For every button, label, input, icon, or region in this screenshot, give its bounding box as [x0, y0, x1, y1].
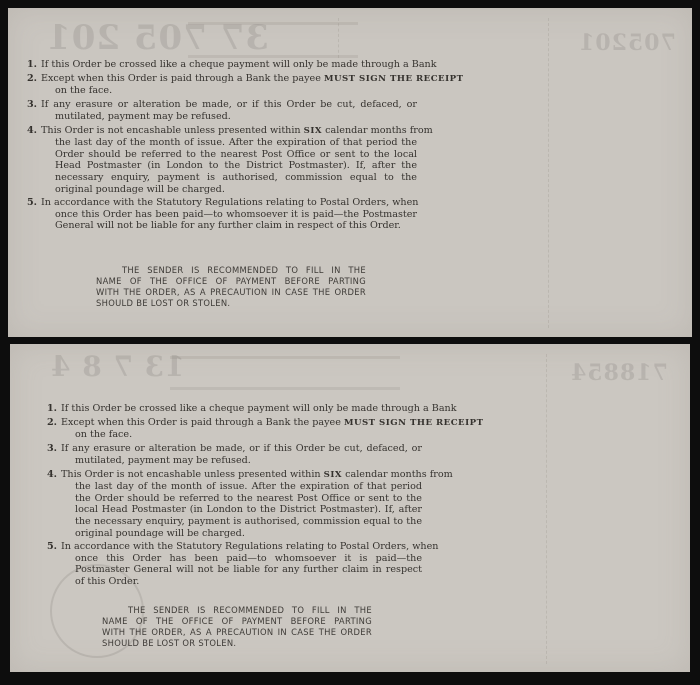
condition-item: 3. If any erasure or alteration be made,… — [27, 99, 417, 122]
condition-text: This Order is not encashable unless pres… — [41, 125, 417, 138]
notice-line: NAME OF THE OFFICE OF PAYMENT BEFORE PAR… — [102, 616, 372, 627]
condition-text: This Order is not encashable unless pres… — [61, 469, 422, 482]
condition-text-continued: mutilated, payment may be refused. — [75, 455, 422, 467]
condition-text-continued: mutilated, payment may be refused. — [55, 111, 417, 123]
perforation-line — [546, 354, 547, 664]
condition-text: If this Order be crossed like a cheque p… — [61, 403, 422, 415]
condition-item: 1. If this Order be crossed like a chequ… — [47, 403, 422, 415]
condition-text-continued: the last day of the month of issue. Afte… — [55, 137, 417, 195]
condition-number: 4. — [27, 125, 37, 137]
notice-line: THE SENDER IS RECOMMENDED TO FILL IN THE — [96, 265, 366, 276]
bleed-through-rule — [338, 18, 339, 58]
bleed-through-text-block — [170, 356, 400, 390]
postal-order-back-2: 13 7 8 4 718854 1. If this Order be cros… — [10, 344, 690, 672]
condition-item: 4. This Order is not encashable unless p… — [47, 469, 422, 540]
sender-notice: THE SENDER IS RECOMMENDED TO FILL IN THE… — [102, 605, 372, 649]
condition-number: 3. — [47, 443, 57, 455]
notice-line: THE SENDER IS RECOMMENDED TO FILL IN THE — [102, 605, 372, 616]
condition-number: 5. — [47, 541, 57, 553]
condition-text-continued: on the face. — [55, 85, 417, 97]
sender-notice: THE SENDER IS RECOMMENDED TO FILL IN THE… — [96, 265, 366, 309]
condition-number: 1. — [27, 59, 37, 71]
condition-item: 1. If this Order be crossed like a chequ… — [27, 59, 417, 71]
condition-item: 5. In accordance with the Statutory Regu… — [27, 197, 417, 232]
notice-line: WITH THE ORDER, AS A PRECAUTION IN CASE … — [102, 627, 372, 638]
perforation-line — [548, 18, 549, 328]
conditions-list: 1. If this Order be crossed like a chequ… — [27, 59, 417, 234]
condition-text: Except when this Order is paid through a… — [41, 73, 417, 86]
notice-line: WITH THE ORDER, AS A PRECAUTION IN CASE … — [96, 287, 366, 298]
condition-text: If any erasure or alteration be made, or… — [61, 443, 422, 455]
condition-item: 5. In accordance with the Statutory Regu… — [47, 541, 422, 587]
condition-text: If any erasure or alteration be made, or… — [41, 99, 417, 111]
condition-number: 2. — [27, 73, 37, 85]
condition-number: 3. — [27, 99, 37, 111]
condition-number: 5. — [27, 197, 37, 209]
bleed-through-stub-serial: 705201 — [578, 30, 676, 56]
condition-number: 4. — [47, 469, 57, 481]
condition-text: Except when this Order is paid through a… — [61, 417, 422, 430]
bleed-through-stub-serial: 718854 — [570, 360, 668, 386]
condition-text-continued: once this Order has been paid—to whomsoe… — [75, 553, 422, 588]
bleed-through-text-block — [188, 22, 358, 58]
condition-text-continued: once this Order has been paid—to whomsoe… — [55, 209, 417, 232]
condition-item: 3. If any erasure or alteration be made,… — [47, 443, 422, 466]
condition-text: If this Order be crossed like a cheque p… — [41, 59, 417, 71]
condition-text: In accordance with the Statutory Regulat… — [61, 541, 422, 553]
postal-order-back-1: 37 705 201 705201 1. If this Order be cr… — [8, 8, 692, 337]
notice-line: SHOULD BE LOST OR STOLEN. — [102, 638, 372, 649]
condition-text: In accordance with the Statutory Regulat… — [41, 197, 417, 209]
condition-item: 2. Except when this Order is paid throug… — [27, 73, 417, 97]
notice-line: NAME OF THE OFFICE OF PAYMENT BEFORE PAR… — [96, 276, 366, 287]
bleed-through-serial: 13 7 8 4 — [50, 350, 185, 383]
condition-number: 2. — [47, 417, 57, 429]
condition-item: 2. Except when this Order is paid throug… — [47, 417, 422, 441]
conditions-list: 1. If this Order be crossed like a chequ… — [47, 403, 422, 590]
condition-number: 1. — [47, 403, 57, 415]
condition-text-continued: on the face. — [75, 429, 422, 441]
condition-text-continued: the last day of the month of issue. Afte… — [75, 481, 422, 539]
condition-item: 4. This Order is not encashable unless p… — [27, 125, 417, 196]
notice-line: SHOULD BE LOST OR STOLEN. — [96, 298, 366, 309]
